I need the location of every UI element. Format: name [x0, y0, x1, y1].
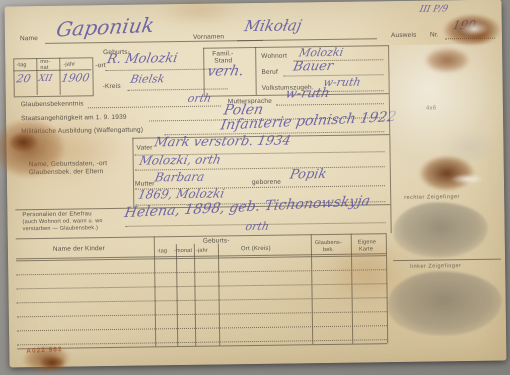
children-name-header: Name der Kinder	[53, 245, 105, 253]
glue-mark	[451, 174, 483, 184]
left-finger-label: linker Zeigefinger	[410, 263, 461, 270]
children-table-col-line	[194, 244, 196, 346]
wife-label: verstarben — Glaubensbek.)	[23, 225, 99, 232]
right-finger-label: rechter Zeigefinger	[404, 194, 460, 201]
birth-kreis-value: Bielsk	[129, 72, 166, 86]
photo-size-label: 4x6	[426, 105, 436, 111]
name-underline	[45, 40, 263, 44]
birth-ort-label: -ort	[95, 62, 106, 69]
children-tag-header: -tag	[157, 248, 167, 254]
wohnort-label: Wohnort	[261, 53, 287, 60]
famstand-value: verh.	[206, 63, 246, 80]
children-table-col-line	[311, 234, 314, 344]
birth-jahr-value: 1900	[60, 71, 91, 84]
mutterspr-value: w-ruth	[284, 86, 331, 102]
birth-tag-value: 20	[15, 72, 32, 85]
personnel-card: Name Gaponiuk Vornamen Mikołaj III P/9 A…	[5, 0, 507, 367]
name-value: Gaponiuk	[55, 13, 157, 42]
children-table-col-line	[176, 244, 178, 346]
children-table-col-line	[154, 236, 157, 346]
children-table-row-line	[17, 325, 387, 331]
children-geburts-header: Geburts-	[203, 237, 230, 244]
left-fingerprint	[387, 271, 502, 337]
wife-label: Personalien der Ehefrau	[22, 211, 91, 218]
vater-label: Vater	[136, 144, 152, 151]
children-ort-header: Ort (Kreis)	[241, 246, 271, 252]
stain	[6, 120, 127, 182]
ausweis-note: III P/9	[419, 4, 449, 14]
status-box-left	[203, 48, 205, 96]
birth-kreis-label: -Kreis	[103, 83, 121, 90]
famstand-divider	[255, 47, 257, 95]
children-table-row-line	[17, 297, 387, 303]
geborene-value: Popik	[288, 167, 327, 183]
birth-monat-label: nat	[40, 65, 48, 71]
mutterspr-line	[276, 103, 384, 106]
wife-value2: orth	[244, 220, 270, 233]
wohnort-value: Molozki	[298, 46, 345, 60]
parents-divider	[132, 138, 134, 208]
stain	[154, 0, 244, 26]
birth-kreis-line	[128, 88, 228, 90]
name-label: Name	[20, 35, 38, 42]
geborene-label: geborene	[252, 179, 281, 186]
vornamen-label: Vornamen	[193, 33, 224, 40]
children-table-row-line	[17, 311, 387, 317]
children-table-top	[16, 233, 386, 239]
mutter-value2: 1869, Molozki	[137, 186, 226, 201]
birth-tag-label: -tag	[16, 62, 26, 68]
children-jahr-header: -jahr	[196, 248, 208, 254]
children-monat-header: -monat	[174, 248, 192, 254]
vater-value2: Molozki, orth	[138, 152, 222, 167]
vater-value: Mark verstorb. 1934	[153, 133, 292, 150]
birth-ort-value: R. Molozki	[106, 51, 179, 67]
vornamen-value: Mikołaj	[243, 16, 303, 35]
wife-label: (auch Wohnort od. wann u. wo	[22, 218, 102, 225]
ausweis-nr-label: Nr.	[430, 31, 439, 38]
children-table-col-line	[218, 244, 220, 346]
mutter-value: Barbara	[154, 170, 206, 185]
vornamen-underline	[237, 38, 377, 41]
status-box-top	[203, 45, 388, 49]
beruf-label: Beruf	[261, 69, 278, 76]
glauben-value: orth	[187, 92, 213, 105]
glauben-label: Glaubensbekenntnis	[21, 100, 84, 108]
birth-jahr-label: -jahr	[63, 62, 75, 68]
ausweis-label: Ausweis	[391, 32, 417, 39]
glauben-line	[88, 105, 221, 108]
fingerprint-divider	[393, 259, 501, 262]
beruf-value: Bauer	[292, 59, 335, 75]
birth-monat-value: XII	[38, 74, 54, 84]
right-fingerprint	[393, 202, 488, 258]
scan-background: Name Gaponiuk Vornamen Mikołaj III P/9 A…	[0, 0, 510, 375]
